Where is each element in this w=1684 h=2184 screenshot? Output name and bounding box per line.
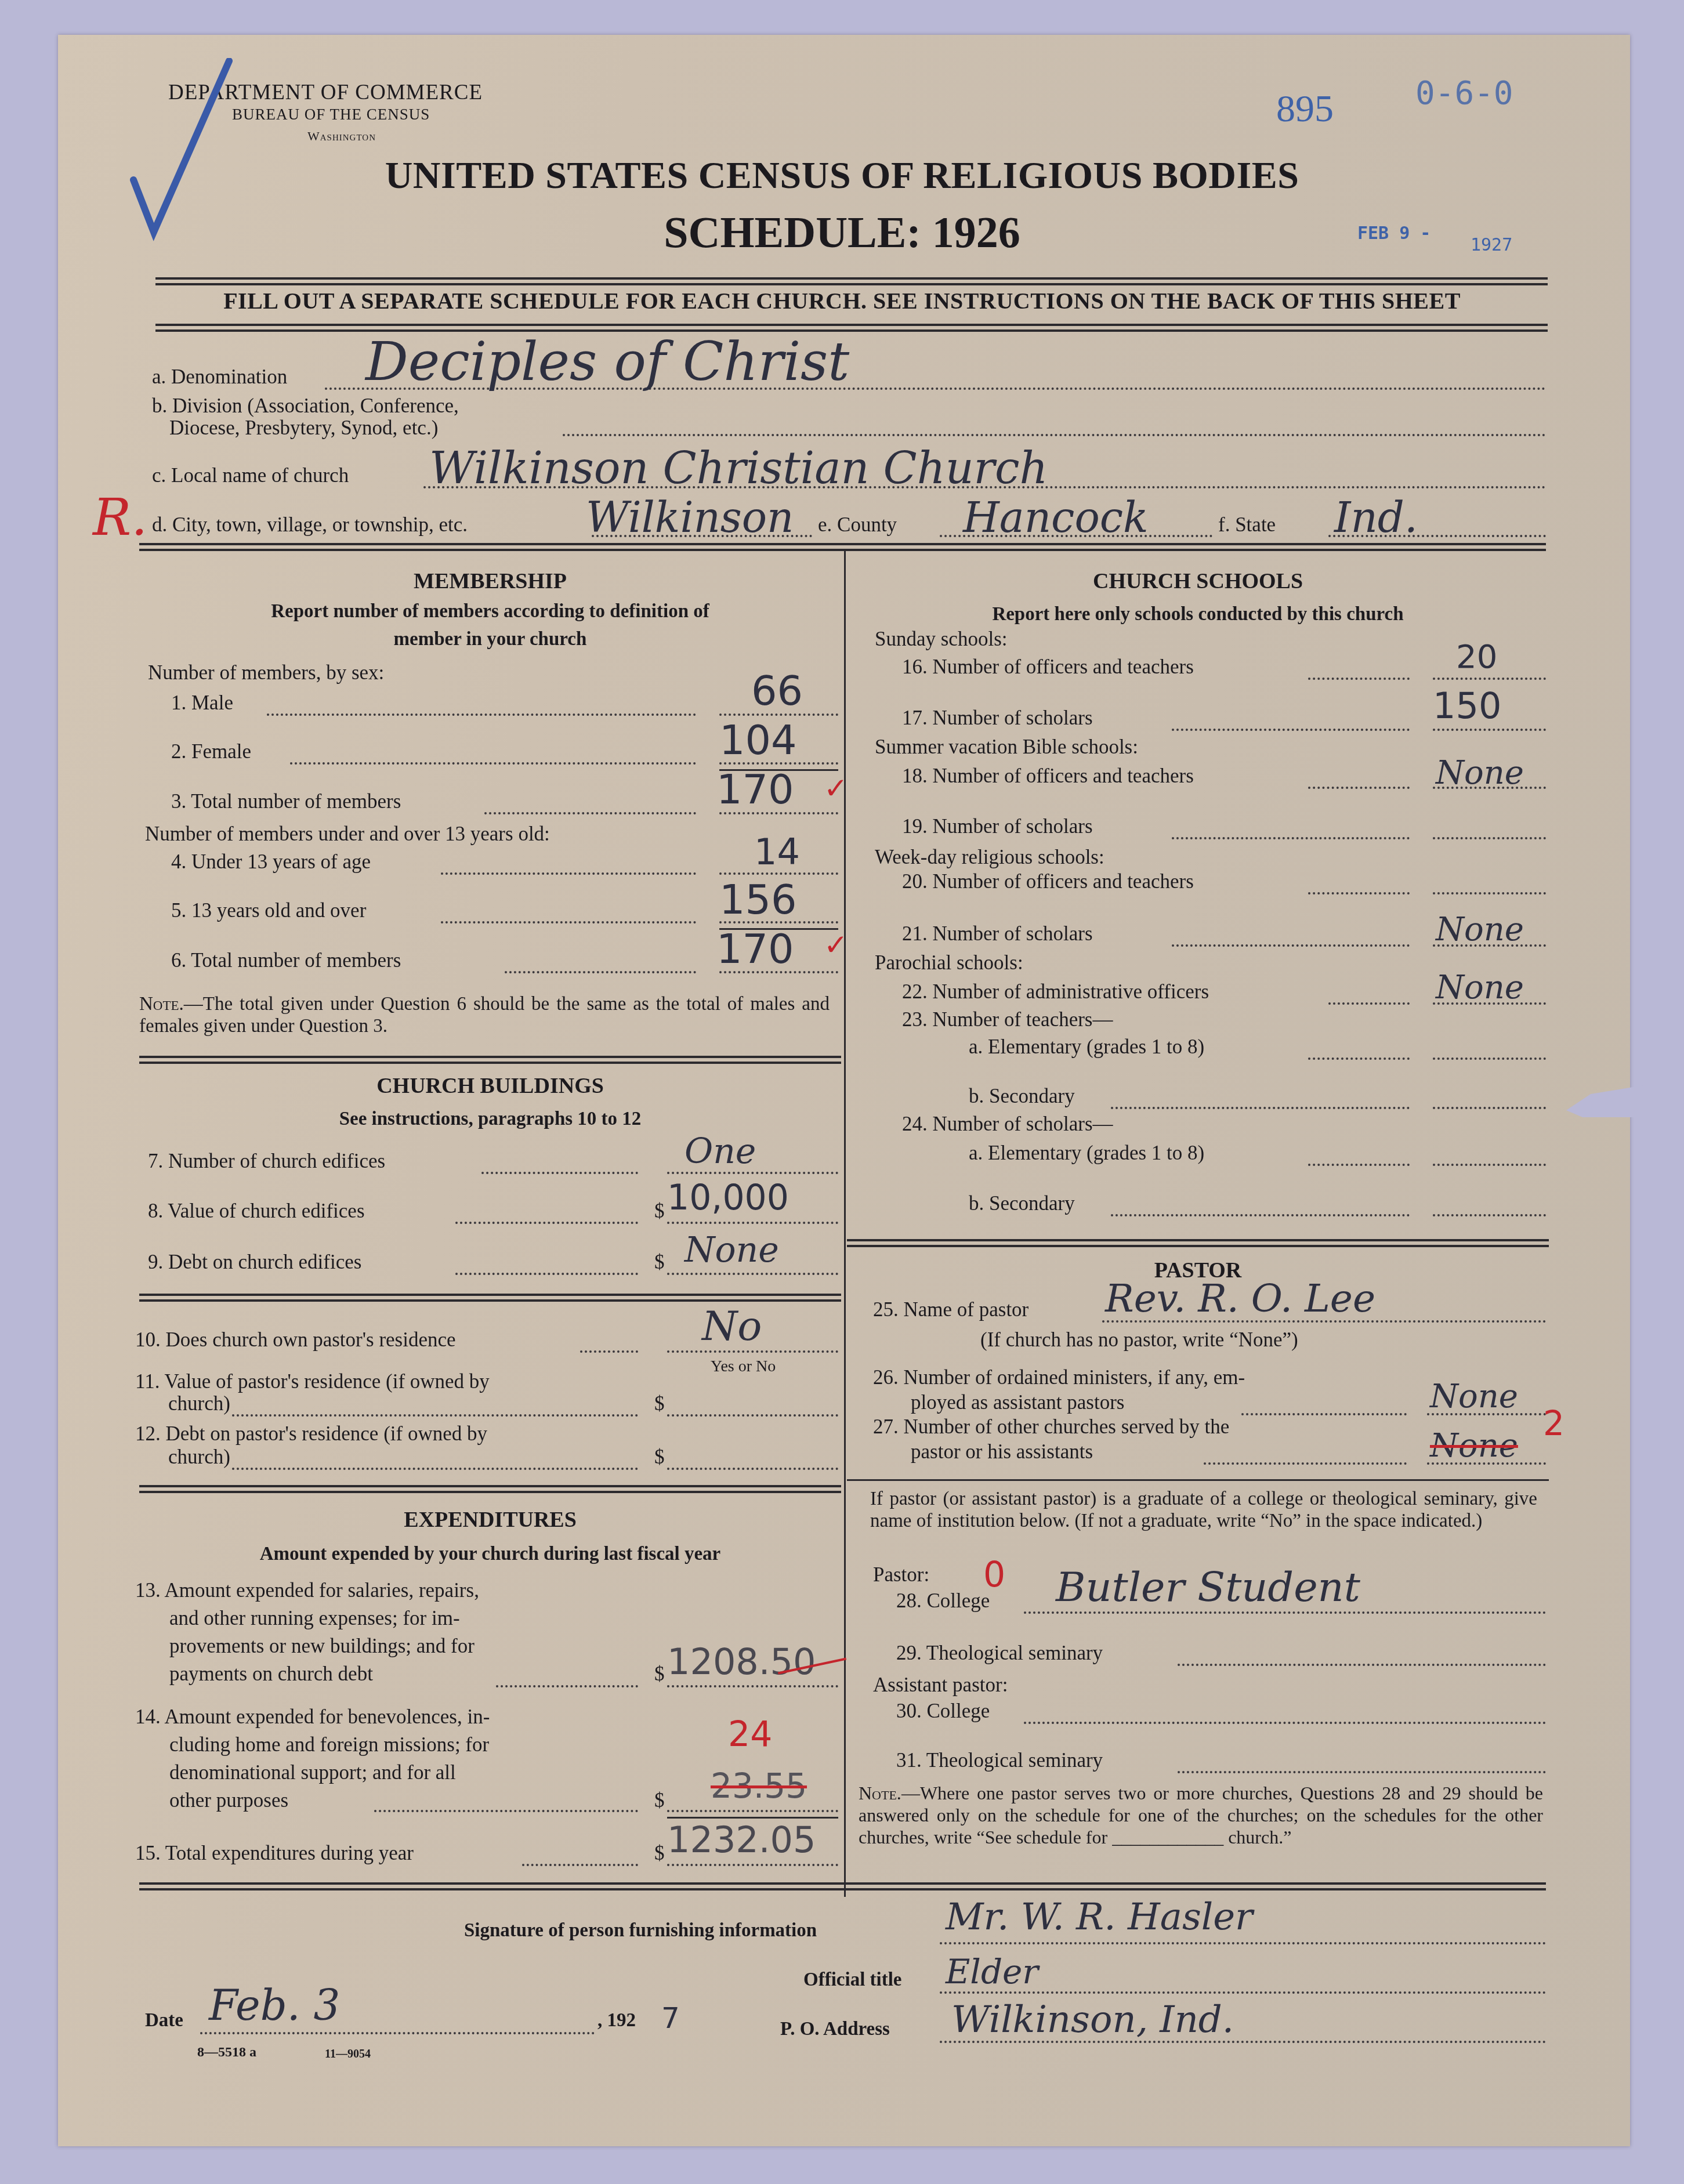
year-prefix: , 192: [597, 2010, 636, 2031]
edifices-count-label: 7. Number of church edifices: [148, 1150, 385, 1173]
residence-debt-leader: [232, 1468, 638, 1470]
signature-line: [940, 1942, 1546, 1944]
sunday-officers-label: 16. Number of officers and teachers: [902, 655, 1194, 679]
sunday-scholars-leader: [1172, 729, 1410, 731]
denomination-label: a. Denomination: [152, 365, 287, 389]
edifices-debt-label: 9. Debt on church edifices: [148, 1251, 361, 1274]
edifices-value-line: [667, 1222, 838, 1224]
division-field[interactable]: [563, 434, 1546, 436]
running-expenses-label-4: payments on church debt: [169, 1663, 373, 1686]
official-title-line: [940, 1991, 1546, 1994]
sunday-officers-leader: [1308, 678, 1410, 680]
sunday-officers-line: [1433, 678, 1546, 680]
year-field[interactable]: 7: [661, 2001, 680, 2035]
over-13-leader: [441, 921, 696, 923]
benevolences-label-3: denominational support; and for all: [169, 1761, 456, 1784]
total-members-leader: [484, 812, 696, 814]
date-label: Date: [145, 2010, 183, 2031]
sunday-scholars-field[interactable]: 150: [1433, 684, 1501, 727]
graduate-instructions: If pastor (or assistant pastor) is a gra…: [870, 1488, 1537, 1532]
city-heading: Washington: [307, 129, 376, 144]
female-leader: [290, 762, 696, 765]
owns-residence-leader: [580, 1350, 638, 1353]
teachers-secondary-leader: [1111, 1107, 1410, 1109]
form-number: 8—5518 a: [197, 2045, 256, 2060]
pastor-name-label: 25. Name of pastor: [873, 1298, 1028, 1321]
residence-value-label: 11. Value of pastor's residence (if owne…: [135, 1370, 490, 1393]
pastor-seminary-label: 29. Theological seminary: [896, 1642, 1103, 1665]
po-address-field[interactable]: Wilkinson, Ind.: [951, 1998, 1234, 2041]
schools-title: CHURCH SCHOOLS: [847, 568, 1549, 594]
currency-sign: $: [654, 1842, 665, 1865]
owns-residence-field[interactable]: No: [702, 1302, 762, 1350]
owns-residence-line: [667, 1350, 838, 1353]
red-checkmark-icon: ✓: [824, 772, 848, 805]
weekday-officers-leader: [1308, 892, 1410, 894]
weekday-schools-heading: Week-day religious schools:: [875, 846, 1104, 869]
teachers-elementary-leader: [1308, 1057, 1410, 1060]
running-expenses-label-3: provements or new buildings; and for: [169, 1635, 475, 1658]
identification-divider: [139, 543, 1546, 545]
official-title-field[interactable]: Elder: [946, 1952, 1038, 1991]
schools-divider: [847, 1239, 1549, 1241]
weekday-officers-field[interactable]: [1433, 892, 1546, 894]
sunday-scholars-line: [1433, 729, 1546, 731]
red-checkmark-icon: ✓: [824, 928, 848, 962]
summer-scholars-leader: [1172, 837, 1410, 839]
edifices-count-leader: [481, 1172, 638, 1174]
weekday-scholars-leader: [1172, 944, 1410, 947]
column-divider: [844, 551, 846, 1897]
total-expenditures-label: 15. Total expenditures during year: [135, 1842, 414, 1865]
female-field[interactable]: 104: [719, 716, 797, 764]
buildings-title: CHURCH BUILDINGS: [139, 1073, 841, 1099]
scholars-secondary-leader: [1111, 1214, 1410, 1216]
male-label: 1. Male: [171, 691, 233, 715]
edifices-debt-field[interactable]: None: [685, 1230, 779, 1270]
residence-debt-label: 12. Debt on pastor's residence (if owned…: [135, 1422, 487, 1446]
total-expenditures-leader: [522, 1864, 638, 1866]
print-number: 11—9054: [325, 2048, 371, 2061]
pastor-seminary-field[interactable]: [1178, 1664, 1546, 1666]
code-stamp: 0-6-0: [1415, 74, 1513, 112]
other-churches-leader: [1204, 1462, 1407, 1465]
pastor-name-field[interactable]: Rev. R. O. Lee: [1105, 1276, 1375, 1321]
state-label: f. State: [1218, 513, 1276, 537]
pastor-college-line: [1024, 1611, 1546, 1614]
summer-scholars-field[interactable]: [1433, 837, 1546, 839]
po-address-label: P. O. Address: [780, 2019, 890, 2040]
running-expenses-label-2: and other running expenses; for im-: [169, 1607, 460, 1630]
city-field[interactable]: Wilkinson: [586, 493, 794, 542]
local-name-field[interactable]: Wilkinson Christian Church: [429, 442, 1048, 494]
membership-subtitle-2: member in your church: [139, 625, 841, 653]
weekday-scholars-field[interactable]: None: [1436, 911, 1524, 948]
assistant-ministers-field[interactable]: None: [1430, 1378, 1518, 1415]
expenditures-title: EXPENDITURES: [139, 1507, 841, 1533]
currency-sign: $: [654, 1251, 665, 1274]
total-members-field[interactable]: 170: [716, 766, 794, 813]
note-lead: Note.: [139, 994, 184, 1015]
banner-divider: [155, 324, 1548, 326]
sunday-schools-heading: Sunday schools:: [875, 628, 1007, 651]
note-text: —The total given under Question 6 should…: [139, 994, 830, 1037]
signature-label: Signature of person furnishing informati…: [464, 1920, 817, 1942]
scholars-elementary-leader: [1308, 1164, 1410, 1166]
assistant-college-label: 30. College: [896, 1700, 990, 1723]
local-name-label: c. Local name of church: [152, 464, 349, 487]
summer-schools-heading: Summer vacation Bible schools:: [875, 736, 1138, 759]
buildings-divider: [139, 1294, 841, 1296]
edifices-value-field[interactable]: 10,000: [667, 1178, 789, 1218]
total-expenditures-line: [667, 1864, 838, 1866]
note-text: —Where one pastor serves two or more chu…: [859, 1783, 1543, 1848]
membership-subtitle: Report number of members according to de…: [139, 597, 841, 625]
assistant-ministers-label: 26. Number of ordained ministers, if any…: [873, 1366, 1245, 1389]
membership-title: MEMBERSHIP: [139, 568, 841, 594]
yes-no-hint: Yes or No: [711, 1357, 776, 1376]
residence-debt-field[interactable]: [667, 1468, 838, 1470]
official-title-label: Official title: [803, 1969, 902, 1991]
other-churches-field[interactable]: None: [1430, 1427, 1518, 1465]
female-label: 2. Female: [171, 740, 251, 763]
form-title: UNITED STATES CENSUS OF RELIGIOUS BODIES: [0, 154, 1684, 198]
benevolences-leader: [374, 1810, 638, 1812]
running-expenses-field[interactable]: 1208.50: [667, 1640, 816, 1683]
summer-officers-field[interactable]: None: [1436, 754, 1524, 792]
schools-subtitle: Report here only schools conducted by th…: [847, 600, 1549, 628]
teachers-elementary-field[interactable]: [1433, 1057, 1546, 1060]
summer-scholars-label: 19. Number of scholars: [902, 815, 1093, 838]
weekday-scholars-label: 21. Number of scholars: [902, 922, 1093, 946]
currency-sign: $: [654, 1446, 665, 1469]
margin-r-mark: R.: [93, 487, 147, 547]
schedule-title: SCHEDULE: 1926: [0, 208, 1684, 258]
male-leader: [267, 713, 696, 716]
total-members-label: 3. Total number of members: [171, 790, 401, 813]
pastor-college-field[interactable]: Butler Student: [1056, 1563, 1360, 1611]
summer-officers-leader: [1308, 787, 1410, 789]
multi-church-note: Note.—Where one pastor serves two or mor…: [859, 1782, 1543, 1848]
bureau-heading: BUREAU OF THE CENSUS: [232, 106, 430, 124]
under-13-leader: [441, 872, 696, 875]
admin-officers-leader: [1328, 1002, 1410, 1005]
currency-sign: $: [654, 1789, 665, 1812]
residence-divider: [139, 1485, 841, 1487]
edifices-count-field[interactable]: One: [685, 1131, 756, 1172]
assistant-seminary-field[interactable]: [1178, 1771, 1546, 1773]
assistant-pastor-subheading: Assistant pastor:: [873, 1674, 1008, 1697]
benevolences-label-2: cluding home and foreign missions; for: [169, 1733, 489, 1756]
pastor-subheading: Pastor:: [873, 1563, 929, 1587]
scholars-elementary-field[interactable]: [1433, 1164, 1546, 1166]
over-13-field[interactable]: 156: [719, 876, 797, 923]
over-13-label: 5. 13 years old and over: [171, 899, 366, 922]
teachers-secondary-field[interactable]: [1433, 1107, 1546, 1109]
membership-note: Note.—The total given under Question 6 s…: [139, 993, 830, 1037]
pastor-name-hint: (If church has no pastor, write “None”): [980, 1328, 1298, 1352]
currency-sign: $: [654, 1200, 665, 1223]
running-expenses-leader: [496, 1685, 638, 1687]
division-label-2: Diocese, Presbytery, Synod, etc.): [169, 416, 438, 440]
scholars-elementary-label: a. Elementary (grades 1 to 8): [969, 1142, 1204, 1165]
summer-officers-label: 18. Number of officers and teachers: [902, 765, 1194, 788]
pastor-college-label: 28. College: [896, 1589, 990, 1613]
instruction-banner: FILL OUT A SEPARATE SCHEDULE FOR EACH CH…: [0, 287, 1684, 314]
owns-residence-label: 10. Does church own pastor's residence: [135, 1328, 456, 1352]
city-label: d. City, town, village, or township, etc…: [152, 513, 468, 537]
benevolences-line: [667, 1810, 838, 1812]
denomination-field[interactable]: Deciples of Christ: [365, 331, 849, 393]
pastor-divider: [847, 1479, 1549, 1481]
assistant-ministers-label-2: ployed as assistant pastors: [911, 1391, 1124, 1414]
county-label: e. County: [818, 513, 897, 537]
note-lead: Note.: [859, 1783, 901, 1803]
admin-officers-field[interactable]: None: [1436, 969, 1524, 1006]
under-13-label: 4. Under 13 years of age: [171, 850, 371, 874]
schedule-number-stamp: 895: [1276, 87, 1334, 131]
by-sex-heading: Number of members, by sex:: [148, 661, 384, 684]
assistant-ministers-leader: [1241, 1413, 1407, 1415]
other-churches-label: 27. Number of other churches served by t…: [873, 1415, 1229, 1439]
residence-value-leader: [232, 1414, 638, 1417]
benevolences-field[interactable]: 23.55: [711, 1766, 807, 1806]
admin-officers-label: 22. Number of administrative officers: [902, 980, 1209, 1004]
total-members-2-label: 6. Total number of members: [171, 949, 401, 972]
footer-divider: [139, 1882, 1546, 1885]
edifices-debt-leader: [455, 1273, 638, 1275]
residence-value-label-2: church): [168, 1392, 230, 1415]
total-members-2-leader: [505, 971, 696, 973]
assistant-seminary-label: 31. Theological seminary: [896, 1749, 1103, 1772]
signature-field[interactable]: Mr. W. R. Hasler: [946, 1896, 1253, 1939]
state-field[interactable]: Ind.: [1334, 493, 1418, 542]
edifices-value-label: 8. Value of church edifices: [148, 1200, 365, 1223]
parochial-schools-heading: Parochial schools:: [875, 951, 1023, 975]
running-expenses-line: [667, 1685, 838, 1687]
weekday-officers-label: 20. Number of officers and teachers: [902, 870, 1194, 893]
date-line: [200, 2032, 595, 2034]
total-expenditures-field[interactable]: 1232.05: [667, 1819, 816, 1861]
residence-debt-label-2: church): [168, 1446, 230, 1469]
edifices-debt-line: [667, 1273, 838, 1275]
under-13-field[interactable]: 14: [754, 831, 800, 873]
male-field[interactable]: 66: [751, 667, 803, 715]
running-expenses-label-1: 13. Amount expended for salaries, repair…: [135, 1579, 479, 1602]
benevolences-label-1: 14. Amount expended for benevolences, in…: [135, 1705, 490, 1729]
sunday-officers-field[interactable]: 20: [1456, 638, 1497, 676]
scholars-heading: 24. Number of scholars—: [902, 1113, 1113, 1136]
teachers-secondary-label: b. Secondary: [969, 1085, 1075, 1108]
currency-sign: $: [654, 1392, 665, 1415]
county-field[interactable]: Hancock: [963, 493, 1149, 542]
teachers-heading: 23. Number of teachers—: [902, 1008, 1113, 1031]
benevolences-correction: 24: [728, 1714, 772, 1755]
header-divider: [155, 277, 1548, 280]
teachers-elementary-label: a. Elementary (grades 1 to 8): [969, 1035, 1204, 1059]
total-members-2-field[interactable]: 170: [716, 925, 794, 973]
edifices-count-line: [667, 1172, 838, 1174]
by-age-heading: Number of members under and over 13 year…: [145, 823, 550, 846]
membership-divider: [139, 1056, 841, 1058]
expenditures-subtitle: Amount expended by your church during la…: [139, 1540, 841, 1568]
edifices-value-leader: [455, 1222, 638, 1224]
benevolences-label-4: other purposes: [169, 1789, 288, 1812]
date-field[interactable]: Feb. 3: [209, 1981, 340, 2030]
currency-sign: $: [654, 1663, 665, 1686]
assistant-college-field[interactable]: [1024, 1722, 1546, 1724]
other-churches-correction: 2: [1543, 1404, 1565, 1443]
other-churches-label-2: pastor or his assistants: [911, 1440, 1093, 1464]
residence-value-field[interactable]: [667, 1414, 838, 1417]
sunday-scholars-label: 17. Number of scholars: [902, 707, 1093, 730]
scholars-secondary-field[interactable]: [1433, 1214, 1546, 1216]
buildings-subtitle: See instructions, paragraphs 10 to 12: [139, 1105, 841, 1133]
scholars-secondary-label: b. Secondary: [969, 1192, 1075, 1215]
division-label: b. Division (Association, Conference,: [152, 394, 459, 418]
